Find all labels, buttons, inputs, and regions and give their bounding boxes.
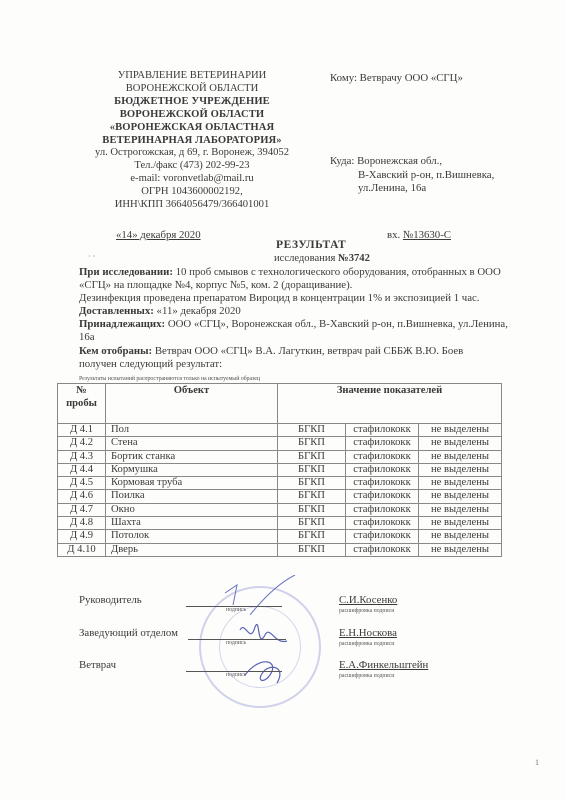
sample-no-cell: Д 4.6 xyxy=(58,490,106,503)
disinfection-line: Дезинфекция проведена препаратом Вироцид… xyxy=(79,292,509,305)
owner-line: Принадлежащих: ООО «СГЦ», Воронежская об… xyxy=(79,318,509,344)
object-cell: Кормовая труба xyxy=(106,477,278,490)
sample-no-cell: Д 4.9 xyxy=(58,530,106,543)
header-object: Объект xyxy=(106,384,278,424)
table-row: Д 4.4КормушкаБГКПстафилококкне выделены xyxy=(58,463,502,476)
signature-role: Заведующий отделом xyxy=(79,627,178,639)
organism-cell: стафилококк xyxy=(346,424,419,437)
ogrn-line: ОГРН 1043600002192, xyxy=(62,186,322,199)
object-cell: Окно xyxy=(106,503,278,516)
signature-role: Руководитель xyxy=(79,594,142,606)
signer-name-caption: расшифровка подписи xyxy=(339,641,394,647)
sampled-line: Кем отобраны: Ветврач ООО «СГЦ» В.А. Лаг… xyxy=(79,345,509,358)
page-number: 1 xyxy=(535,758,539,767)
signature-role: Ветврач xyxy=(79,659,116,671)
owner-label: Принадлежащих: xyxy=(79,318,165,330)
test-cell: БГКП xyxy=(278,463,346,476)
header-line-bold: ВОРОНЕЖСКОЙ ОБЛАСТИ xyxy=(62,109,322,122)
recipient-address: Куда: Воронежская обл., В-Хавский р-он, … xyxy=(330,155,494,196)
organism-cell: стафилококк xyxy=(346,477,419,490)
header-line-bold: БЮДЖЕТНОЕ УЧРЕЖДЕНИЕ xyxy=(62,96,322,109)
delivered-text: «11» декабря 2020 xyxy=(154,305,241,317)
result-cell: не выделены xyxy=(419,463,502,476)
document-date: «14» декабря 2020 xyxy=(116,229,201,241)
header-sample-no: №пробы xyxy=(58,384,106,424)
signer-name: Е.А.Финкельштейн xyxy=(339,659,428,671)
test-cell: БГКП xyxy=(278,437,346,450)
research-number: №3742 xyxy=(338,253,370,264)
sample-no-cell: Д 4.2 xyxy=(58,437,106,450)
test-cell: БГКП xyxy=(278,517,346,530)
inn-line: ИНН\КПП 3664056479/366401001 xyxy=(62,199,322,212)
sample-no-cell: Д 4.10 xyxy=(58,543,106,556)
document-body: При исследовании: 10 проб смывов с техно… xyxy=(79,266,509,371)
organism-cell: стафилококк xyxy=(346,437,419,450)
organism-cell: стафилококк xyxy=(346,517,419,530)
table-row: Д 4.9ПотолокБГКПстафилококкне выделены xyxy=(58,530,502,543)
test-cell: БГКП xyxy=(278,424,346,437)
test-cell: БГКП xyxy=(278,543,346,556)
result-intro: получен следующий результат: xyxy=(79,358,509,371)
table-row: Д 4.8ШахтаБГКПстафилококкне выделены xyxy=(58,517,502,530)
header-no-symbol: № xyxy=(61,385,102,398)
address-line: ул. Острогожская, д 69, г. Воронеж, 3940… xyxy=(62,147,322,160)
subtitle-prefix: исследования xyxy=(274,253,338,264)
result-cell: не выделены xyxy=(419,437,502,450)
sampled-text: Ветврач ООО «СГЦ» В.А. Лагуткин, ветврач… xyxy=(152,345,463,357)
signer-name-caption: расшифровка подписи xyxy=(339,673,394,679)
signer-name: С.И.Косенко xyxy=(339,594,397,606)
object-cell: Поилка xyxy=(106,490,278,503)
table-row: Д 4.1ПолБГКПстафилококкне выделены xyxy=(58,424,502,437)
object-cell: Стена xyxy=(106,437,278,450)
header-line: УПРАВЛЕНИЕ ВЕТЕРИНАРИИ xyxy=(62,70,322,83)
header-line-bold: «ВОРОНЕЖСКАЯ ОБЛАСТНАЯ xyxy=(62,122,322,135)
object-cell: Кормушка xyxy=(106,463,278,476)
research-label: При исследовании: xyxy=(79,266,173,278)
table-row: Д 4.7ОкноБГКПстафилококкне выделены xyxy=(58,503,502,516)
table-row: Д 4.10ДверьБГКПстафилококкне выделены xyxy=(58,543,502,556)
sample-no-cell: Д 4.5 xyxy=(58,477,106,490)
document-title: РЕЗУЛЬТАТ xyxy=(276,239,346,251)
result-cell: не выделены xyxy=(419,490,502,503)
table-row: Д 4.3Бортик станкаБГКПстафилококкне выде… xyxy=(58,450,502,463)
test-cell: БГКП xyxy=(278,477,346,490)
result-cell: не выделены xyxy=(419,543,502,556)
sample-no-cell: Д 4.4 xyxy=(58,463,106,476)
recipient-to: Кому: Ветврачу ООО «СГЦ» xyxy=(330,72,463,84)
organism-cell: стафилококк xyxy=(346,463,419,476)
signature-caption: подпись xyxy=(226,607,246,613)
signer-name: Е.Н.Носкова xyxy=(339,627,397,639)
signature-caption: подпись xyxy=(226,672,246,678)
results-table: №пробы Объект Значение показателей Д 4.1… xyxy=(57,383,502,557)
test-cell: БГКП xyxy=(278,450,346,463)
disclaimer: Результаты испытаний распространяются то… xyxy=(79,376,260,382)
scan-artifact: · · xyxy=(88,252,95,261)
result-cell: не выделены xyxy=(419,503,502,516)
organism-cell: стафилококк xyxy=(346,450,419,463)
result-cell: не выделены xyxy=(419,450,502,463)
research-paragraph: При исследовании: 10 проб смывов с техно… xyxy=(79,266,509,292)
where-line: ул.Ленина, 16а xyxy=(330,182,494,196)
test-cell: БГКП xyxy=(278,503,346,516)
delivered-label: Доставленных: xyxy=(79,305,154,317)
object-cell: Шахта xyxy=(106,517,278,530)
where-line: В-Хавский р-он, п.Вишневка, xyxy=(330,169,494,183)
incoming-number-value: №13630-С xyxy=(403,229,451,241)
result-cell: не выделены xyxy=(419,517,502,530)
object-cell: Бортик станка xyxy=(106,450,278,463)
incoming-number: вх. №13630-С xyxy=(387,229,451,241)
object-cell: Пол xyxy=(106,424,278,437)
result-cell: не выделены xyxy=(419,424,502,437)
sample-no-cell: Д 4.7 xyxy=(58,503,106,516)
organism-cell: стафилококк xyxy=(346,530,419,543)
test-cell: БГКП xyxy=(278,490,346,503)
result-cell: не выделены xyxy=(419,530,502,543)
header-values: Значение показателей xyxy=(278,384,502,424)
organism-cell: стафилококк xyxy=(346,503,419,516)
header-line: ВОРОНЕЖСКОЙ ОБЛАСТИ xyxy=(62,83,322,96)
where-label: Куда: Воронежская обл., xyxy=(330,155,494,169)
table-row: Д 4.6ПоилкаБГКПстафилококкне выделены xyxy=(58,490,502,503)
table-header-row: №пробы Объект Значение показателей xyxy=(58,384,502,424)
sampled-label: Кем отобраны: xyxy=(79,345,152,357)
email-line: e-mail: voronvetlab@mail.ru xyxy=(62,173,322,186)
header-line-bold: ВЕТЕРИНАРНАЯ ЛАБОРАТОРИЯ» xyxy=(62,135,322,148)
delivered-line: Доставленных: «11» декабря 2020 xyxy=(79,305,509,318)
incoming-prefix: вх. xyxy=(387,229,403,241)
sample-no-cell: Д 4.8 xyxy=(58,517,106,530)
table-row: Д 4.5Кормовая трубаБГКПстафилококкне выд… xyxy=(58,477,502,490)
object-cell: Дверь xyxy=(106,543,278,556)
result-cell: не выделены xyxy=(419,477,502,490)
object-cell: Потолок xyxy=(106,530,278,543)
table-body: Д 4.1ПолБГКПстафилококкне выделеныД 4.2С… xyxy=(58,424,502,557)
sample-no-cell: Д 4.1 xyxy=(58,424,106,437)
organism-cell: стафилококк xyxy=(346,543,419,556)
table-row: Д 4.2СтенаБГКПстафилококкне выделены xyxy=(58,437,502,450)
header-probes: пробы xyxy=(61,398,102,411)
sample-no-cell: Д 4.3 xyxy=(58,450,106,463)
test-cell: БГКП xyxy=(278,530,346,543)
phone-line: Тел./факс (473) 202-99-23 xyxy=(62,160,322,173)
signer-name-caption: расшифровка подписи xyxy=(339,608,394,614)
document-subtitle: исследования №3742 xyxy=(274,253,370,264)
signature-caption: подпись xyxy=(226,640,246,646)
organism-cell: стафилококк xyxy=(346,490,419,503)
institution-header: УПРАВЛЕНИЕ ВЕТЕРИНАРИИ ВОРОНЕЖСКОЙ ОБЛАС… xyxy=(62,70,322,212)
